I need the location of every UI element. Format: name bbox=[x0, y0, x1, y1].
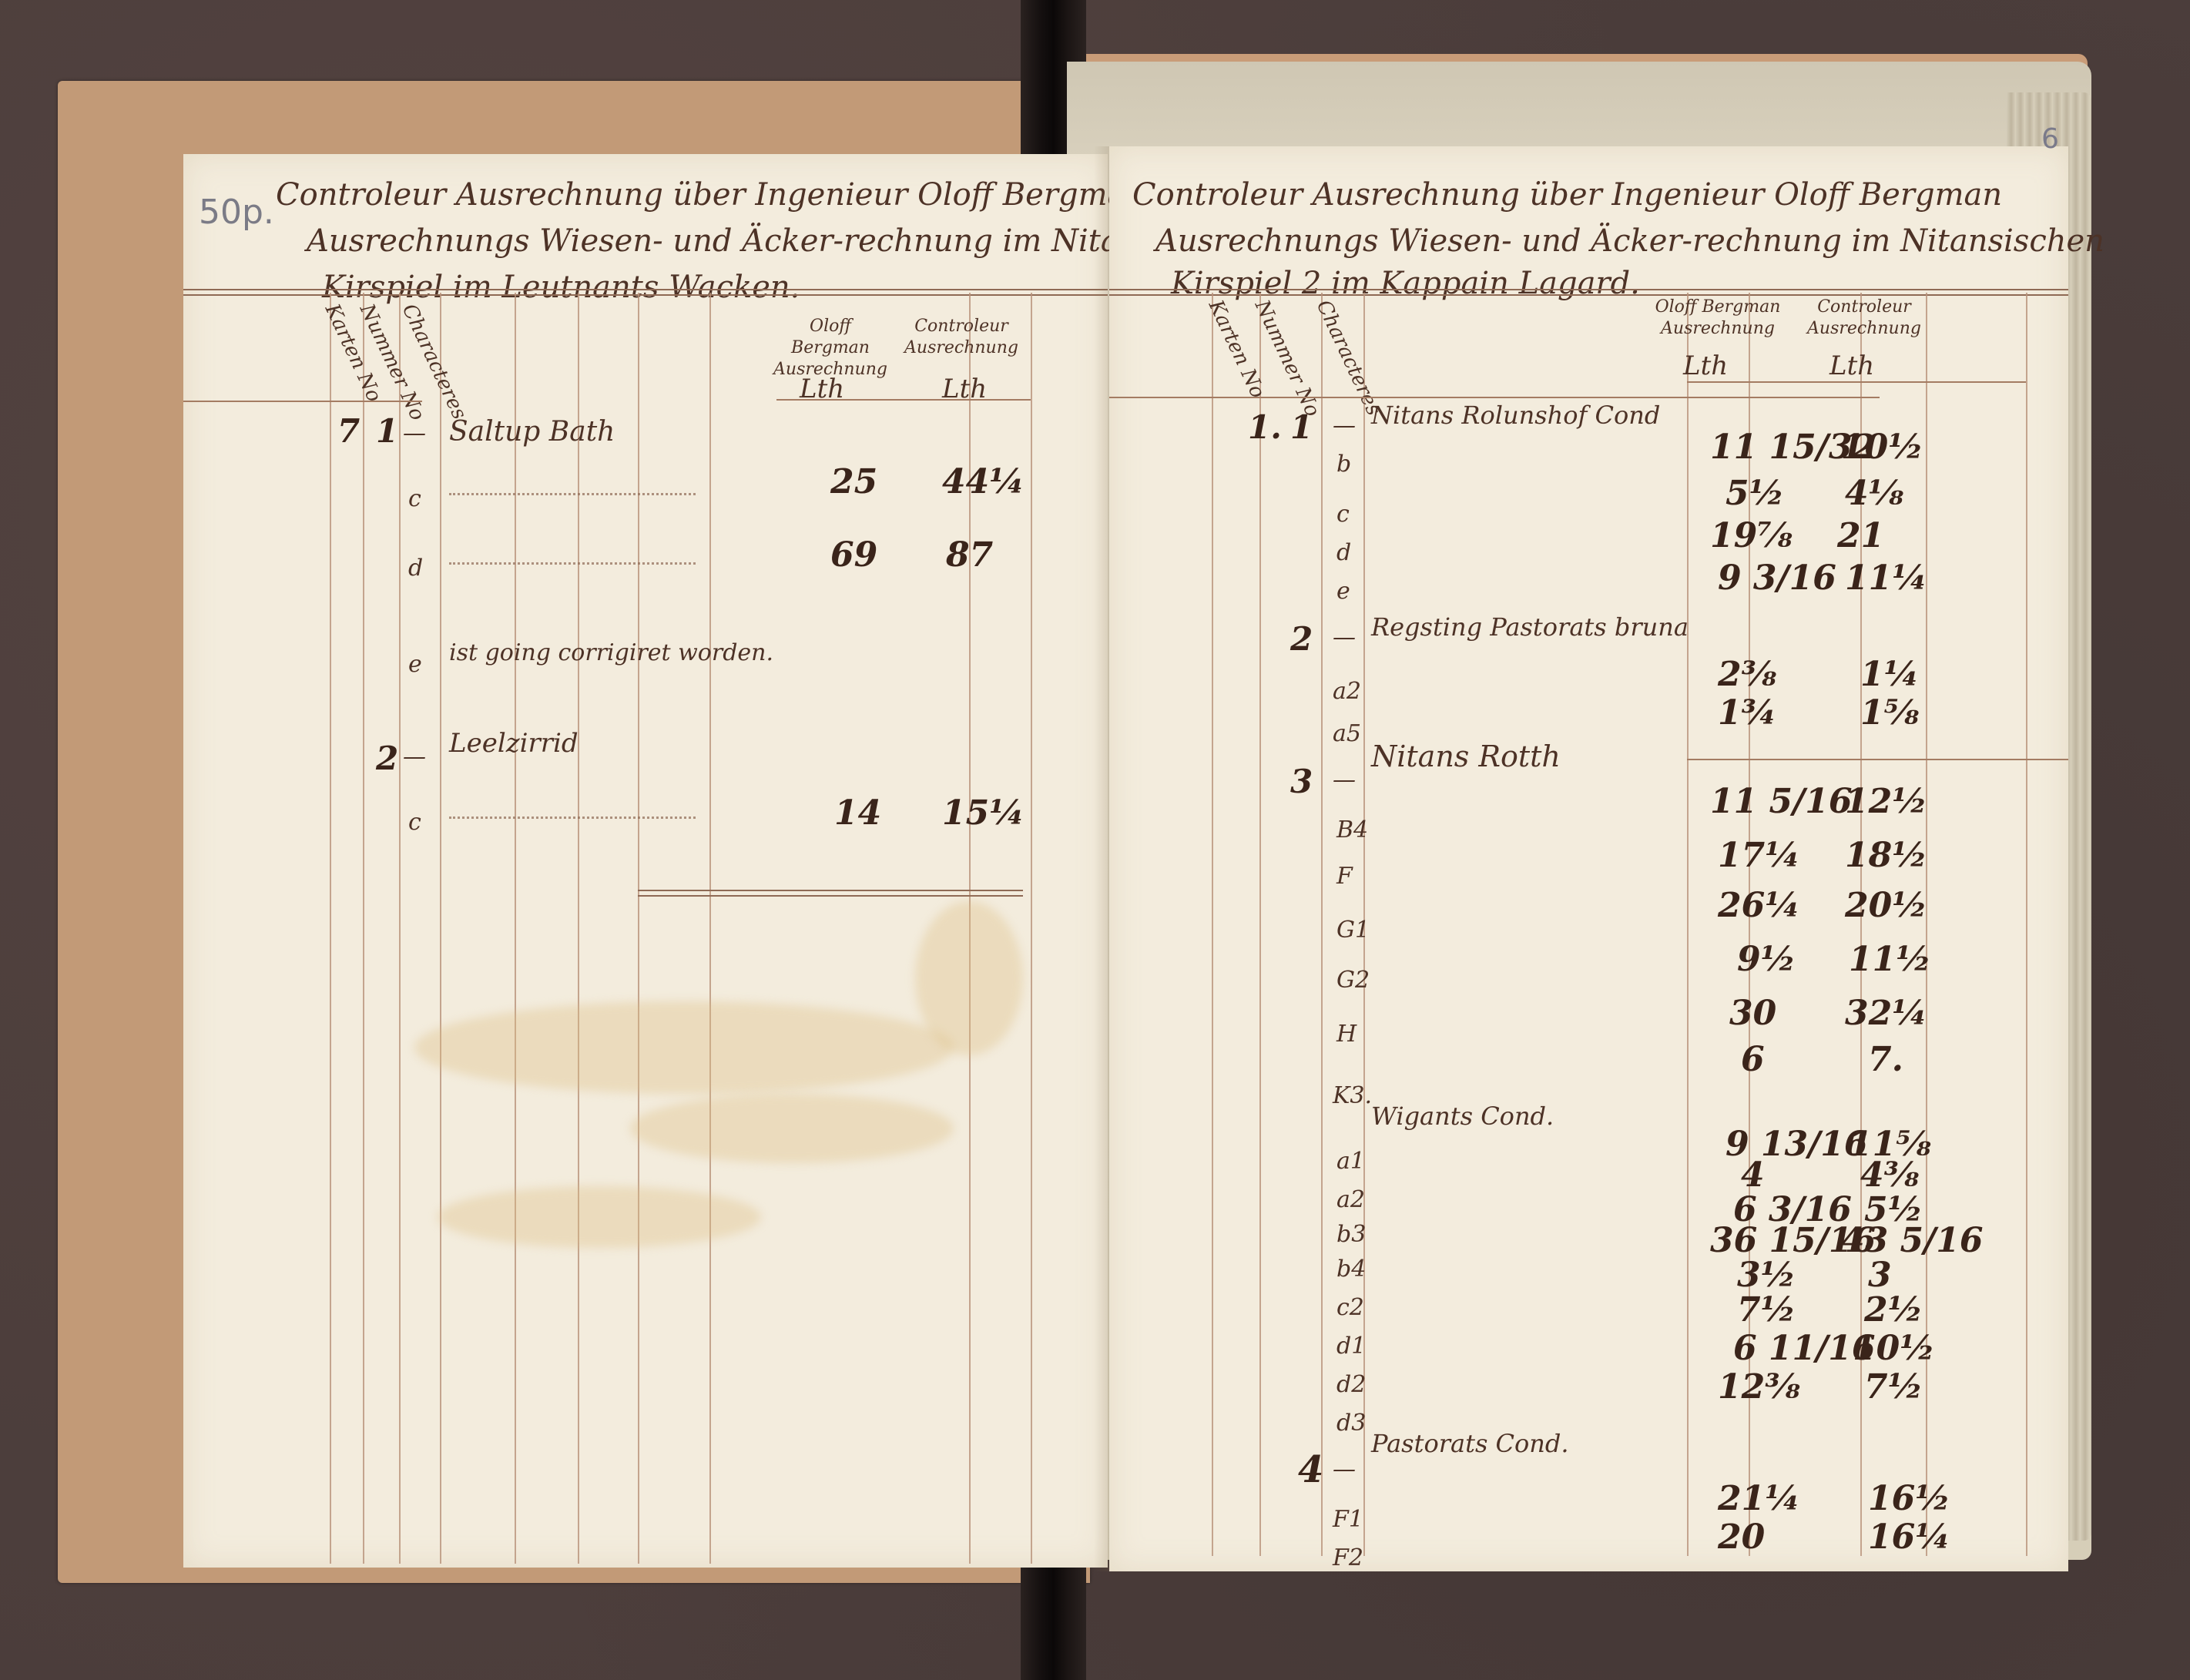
karte-no: 7 bbox=[337, 412, 360, 450]
unit-bergman: Lth bbox=[1683, 350, 1728, 381]
pencil-note: 50p. bbox=[199, 193, 274, 232]
controleur-value: 7½ bbox=[1864, 1367, 1923, 1407]
char-code: a2 bbox=[1336, 1186, 1365, 1213]
col-rule bbox=[1031, 293, 1032, 1564]
entry-desc: Saltup Bath bbox=[449, 416, 615, 448]
bergman-value: 9½ bbox=[1737, 940, 1796, 979]
bergman-value: 11 5/16 bbox=[1710, 782, 1852, 821]
bergman-value: 9 3/16 bbox=[1718, 558, 1836, 598]
char-code: G1 bbox=[1336, 917, 1370, 944]
col-rule bbox=[1212, 293, 1213, 1556]
bergman-value: 26¼ bbox=[1718, 886, 1800, 925]
char-code: a2 bbox=[1333, 678, 1361, 705]
char-code: K3. bbox=[1333, 1082, 1372, 1109]
char-code: — bbox=[403, 743, 426, 770]
char-code: d3 bbox=[1336, 1410, 1366, 1437]
bergman-value: 1¾ bbox=[1718, 693, 1777, 733]
nummer-no: 1 bbox=[1290, 408, 1313, 446]
bergman-value: 2⅜ bbox=[1718, 655, 1776, 694]
col-rule bbox=[2026, 293, 2027, 1556]
controleur-value: 16½ bbox=[1868, 1479, 1950, 1518]
controleur-value: 32¼ bbox=[1845, 994, 1927, 1033]
left-page: 50p. Controleur Ausrechnung über Ingenie… bbox=[183, 154, 1108, 1568]
controleur-value: 12½ bbox=[1845, 782, 1927, 821]
entry-desc: Regsting Pastorats bruna bbox=[1371, 612, 1689, 642]
char-code: — bbox=[1333, 624, 1356, 651]
bergman-value: 21¼ bbox=[1718, 1479, 1800, 1518]
controleur-value: 1⅝ bbox=[1860, 693, 1919, 733]
controleur-value: 7. bbox=[1868, 1040, 1903, 1079]
char-code: b4 bbox=[1336, 1256, 1366, 1283]
entry-desc: Leelzirrid bbox=[449, 728, 579, 759]
col-rule bbox=[440, 293, 441, 1564]
char-code: H bbox=[1336, 1021, 1357, 1048]
hdr-sub-rule bbox=[776, 399, 1031, 401]
controleur-value: 15¼ bbox=[942, 793, 1025, 833]
col-header-nummer: Nummer No bbox=[1250, 297, 1324, 421]
col-header-bergman: Oloff Bergman Ausrechnung bbox=[769, 316, 892, 381]
closing-rule bbox=[638, 890, 1023, 897]
char-code: — bbox=[1333, 766, 1356, 793]
char-code: — bbox=[403, 420, 426, 447]
char-code: e bbox=[408, 651, 422, 678]
hdr-sub-rule bbox=[1109, 397, 1880, 398]
col-rule bbox=[709, 293, 711, 1564]
char-code: — bbox=[1333, 412, 1356, 439]
char-code: F1 bbox=[1333, 1506, 1363, 1533]
title-line-3: Kirspiel im Leutnants Wacken. bbox=[322, 270, 800, 305]
col-header-controleur: Controleur Ausrechnung bbox=[900, 316, 1023, 359]
hdr-sub-rule bbox=[183, 401, 422, 402]
bergman-value: 3½ bbox=[1737, 1256, 1796, 1295]
col-rule bbox=[638, 293, 639, 1564]
folio-number: 6 bbox=[2041, 123, 2059, 155]
section-rule bbox=[1687, 759, 2068, 760]
controleur-value: 10½ bbox=[1853, 1329, 1935, 1368]
nummer-no: 3 bbox=[1290, 763, 1313, 800]
col-rule bbox=[515, 293, 516, 1564]
char-code: c2 bbox=[1336, 1294, 1364, 1321]
hdr-sub-rule bbox=[1687, 381, 2026, 383]
char-code: c bbox=[408, 485, 421, 512]
char-code: — bbox=[1333, 1456, 1356, 1483]
char-code: d bbox=[408, 555, 423, 582]
controleur-value: 4⅛ bbox=[1845, 474, 1903, 513]
col-rule bbox=[1259, 293, 1261, 1556]
nummer-no: 4 bbox=[1298, 1448, 1323, 1491]
nummer-no: 1 bbox=[376, 412, 398, 450]
controleur-value: 44¼ bbox=[942, 462, 1025, 501]
char-code: b3 bbox=[1336, 1221, 1366, 1248]
controleur-value: 4⅜ bbox=[1860, 1155, 1919, 1195]
bergman-value: 14 bbox=[834, 793, 881, 833]
controleur-value: 43 5/16 bbox=[1841, 1221, 1983, 1260]
char-code: d bbox=[1336, 539, 1351, 566]
char-code: e bbox=[1336, 578, 1350, 605]
controleur-value: 3 bbox=[1868, 1256, 1892, 1295]
controleur-value: 18½ bbox=[1845, 836, 1927, 875]
bergman-value: 19⅞ bbox=[1710, 516, 1793, 555]
bergman-value: 30 bbox=[1729, 994, 1776, 1033]
char-code: b bbox=[1336, 451, 1351, 478]
col-header-controleur: Controleur Ausrechnung bbox=[1795, 297, 1933, 340]
col-rule bbox=[399, 293, 401, 1564]
entry-desc: ist going corrigiret worden. bbox=[449, 639, 773, 666]
char-code: c bbox=[1336, 501, 1350, 528]
title-line-3: Kirspiel 2 im Kappain Lagard. bbox=[1171, 266, 1640, 301]
char-code: G2 bbox=[1336, 967, 1370, 994]
char-code: d2 bbox=[1336, 1371, 1366, 1398]
col-header-bergman: Oloff Bergman Ausrechnung bbox=[1648, 297, 1787, 340]
bergman-value: 25 bbox=[830, 462, 877, 501]
header-rule bbox=[1109, 289, 2068, 296]
char-code: F bbox=[1336, 863, 1353, 890]
title-line-1: Controleur Ausrechnung über Ingenieur Ol… bbox=[276, 177, 1145, 213]
controleur-value: 20½ bbox=[1845, 886, 1927, 925]
entry-desc: Nitans Rotth bbox=[1371, 739, 1561, 773]
col-rule bbox=[363, 293, 364, 1564]
water-stain bbox=[438, 1186, 761, 1248]
controleur-value: 16¼ bbox=[1868, 1517, 1950, 1557]
controleur-value: 87 bbox=[946, 535, 993, 575]
unit-controleur: Lth bbox=[1829, 350, 1874, 381]
bergman-value: 4 bbox=[1741, 1155, 1765, 1195]
controleur-value: 11¼ bbox=[1845, 558, 1927, 598]
controleur-value: 1¼ bbox=[1860, 655, 1920, 694]
col-rule bbox=[1321, 293, 1323, 1556]
bergman-value: 12⅜ bbox=[1718, 1367, 1800, 1407]
col-rule bbox=[1687, 293, 1689, 1556]
entry-desc: Pastorats Cond. bbox=[1371, 1429, 1569, 1458]
title-line-1: Controleur Ausrechnung über Ingenieur Ol… bbox=[1132, 177, 2002, 213]
char-code: B4 bbox=[1336, 817, 1368, 843]
bergman-value: 5½ bbox=[1726, 474, 1785, 513]
controleur-value: 2½ bbox=[1864, 1290, 1923, 1330]
char-code: c bbox=[408, 809, 421, 836]
col-rule bbox=[578, 293, 579, 1564]
char-code: a1 bbox=[1336, 1148, 1365, 1175]
entry-desc: Nitans Rolunshof Cond bbox=[1371, 401, 1660, 430]
water-stain bbox=[414, 1001, 954, 1094]
bergman-value: 69 bbox=[830, 535, 877, 575]
water-stain bbox=[915, 901, 1023, 1055]
controleur-value: 11½ bbox=[1849, 940, 1931, 979]
col-rule bbox=[330, 293, 331, 1564]
controleur-value: 21 bbox=[1837, 516, 1884, 555]
karte-no: 1. bbox=[1248, 408, 1282, 446]
char-code: a5 bbox=[1333, 720, 1361, 747]
water-stain bbox=[630, 1094, 954, 1163]
bergman-value: 20 bbox=[1718, 1517, 1765, 1557]
char-code: d1 bbox=[1336, 1333, 1366, 1360]
nummer-no: 2 bbox=[1290, 620, 1313, 658]
entry-desc: Wigants Cond. bbox=[1371, 1102, 1554, 1131]
bergman-value: 7½ bbox=[1737, 1290, 1796, 1330]
title-line-2: Ausrechnungs Wiesen- und Äcker-rechnung … bbox=[1155, 223, 2104, 259]
bergman-value: 6 bbox=[1741, 1040, 1765, 1079]
controleur-value: 10½ bbox=[1841, 428, 1923, 467]
bergman-value: 17¼ bbox=[1718, 836, 1800, 875]
right-page: 6 Controleur Ausrechnung über Ingenieur … bbox=[1109, 146, 2068, 1571]
leader-dots bbox=[449, 562, 696, 565]
nummer-no: 2 bbox=[376, 739, 398, 777]
char-code: F2 bbox=[1333, 1544, 1363, 1571]
leader-dots bbox=[449, 817, 696, 819]
leader-dots bbox=[449, 493, 696, 495]
